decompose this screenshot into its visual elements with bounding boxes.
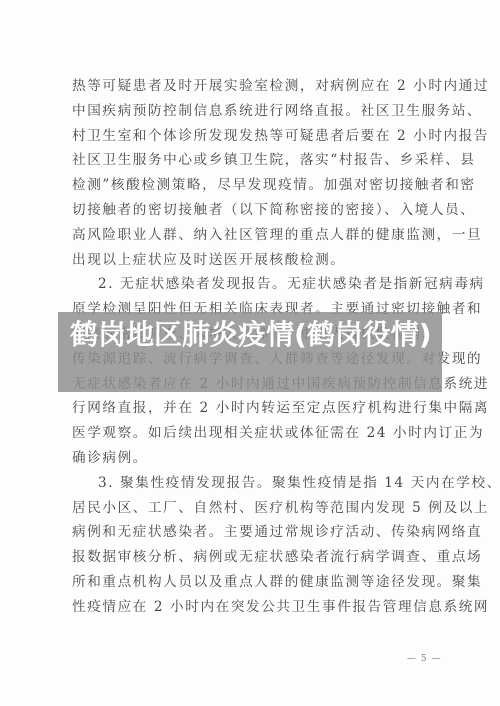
document-page: 热等可疑患者及时开展实验室检测，对病例应在 2 小时内通过 中国疾病预防控制信息… (0, 0, 500, 706)
text-line: 性疫情应在 2 小时内在突发公共卫生事件报告管理信息系统网 (72, 595, 432, 620)
text-line: 村卫生室和个体诊所发现发热等可疑患者后要在 2 小时内报告 (72, 124, 432, 149)
section-heading-cluster: 3. 聚集性疫情发现报告。聚集性疫情是指 14 天内在学校、 (72, 471, 432, 496)
section-heading-asymptomatic: 2. 无症状感染者发现报告。无症状感染者是指新冠病毒病 (72, 272, 432, 297)
text-line: 居民小区、工厂、自然村、医疗机构等范围内发现 5 例及以上 (72, 496, 432, 521)
text-line: 中国疾病预防控制信息系统进行网络直报。社区卫生服务站、 (72, 99, 432, 124)
text-line: 所和重点机构人员以及重点人群的健康监测等途径发现。聚集 (72, 570, 432, 595)
text-line: 出现以上症状应及时送医开展核酸检测。 (72, 248, 432, 273)
text-line: 病例和无症状感染者。主要通过常规诊疗活动、传染病网络直 (72, 520, 432, 545)
text-line: 高风险职业人群、纳入社区管理的重点人群的健康监测，一旦 (72, 223, 432, 248)
text-line: 社区卫生服务中心或乡镇卫生院，落实“村报告、乡采样、县 (72, 148, 432, 173)
text-line: 医学观察。如后续出现相关症状或体征需在 24 小时内订正为 (72, 421, 432, 446)
text-line: 报数据审核分析、病例或无症状感染者流行病学调查、重点场 (72, 545, 432, 570)
text-line: 热等可疑患者及时开展实验室检测，对病例应在 2 小时内通过 (72, 74, 432, 99)
text-line: 行网络直报，并在 2 小时内转运至定点医疗机构进行集中隔离 (72, 396, 432, 421)
text-line: 确诊病例。 (72, 446, 432, 471)
page-number: — 5 — (407, 654, 441, 664)
overlay-title: 鹤岗地区肺炎疫情(鹤岗役情) (70, 318, 450, 352)
text-line: 切接触者的密切接触者（以下简称密接的密接）、入境人员、 (72, 198, 432, 223)
text-line: 检测”核酸检测策略，尽早发现疫情。加强对密切接触者和密 (72, 173, 432, 198)
